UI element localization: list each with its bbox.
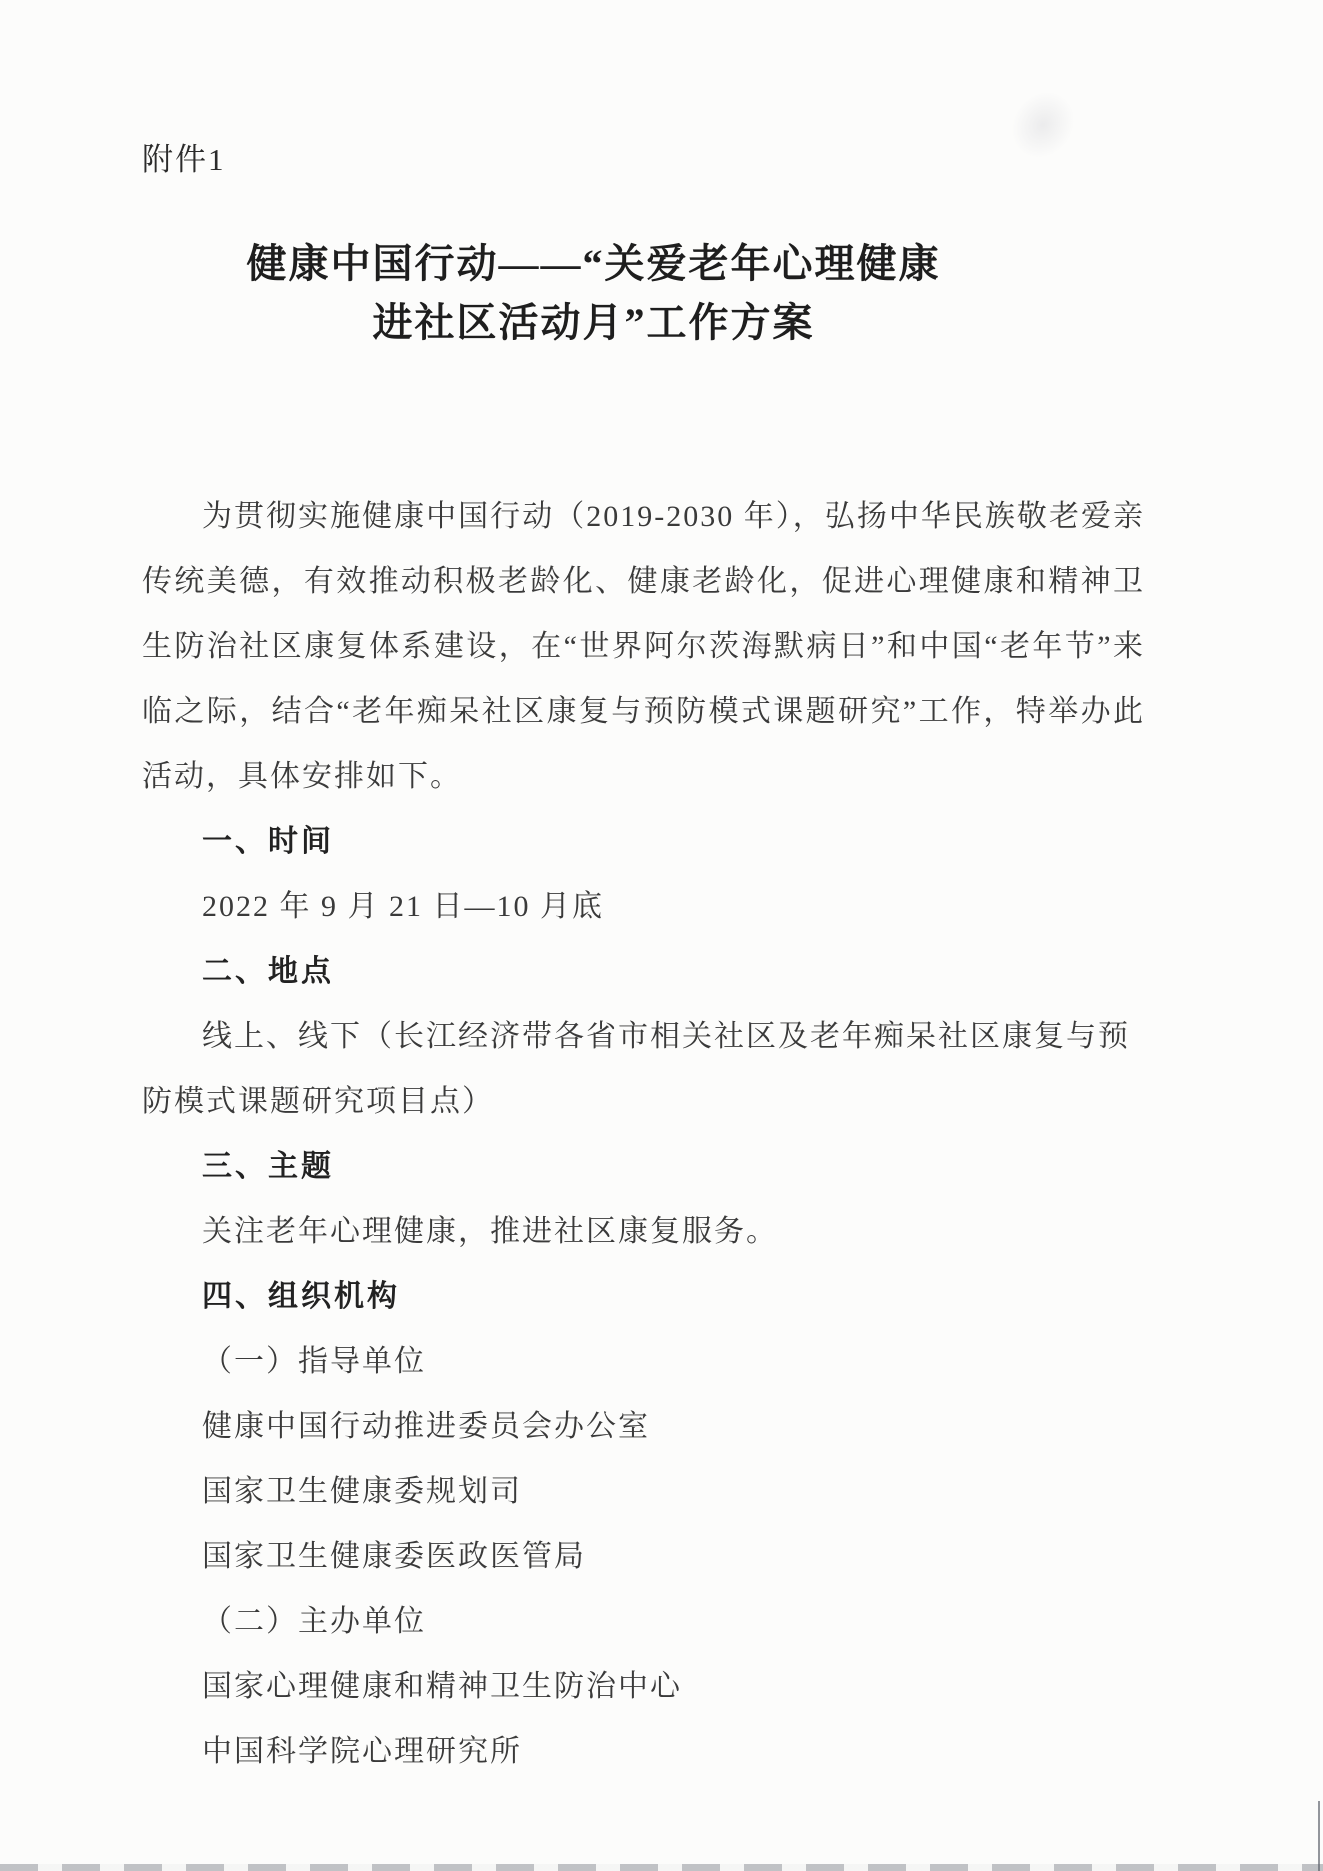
- body-line: （二）主办单位: [142, 1589, 1145, 1654]
- document-content: 附件1 健康中国行动——“关爱老年心理健康 进社区活动月”工作方案 为贯彻实施健…: [0, 0, 1323, 1784]
- scanned-document-page: 附件1 健康中国行动——“关爱老年心理健康 进社区活动月”工作方案 为贯彻实施健…: [0, 0, 1323, 1871]
- scan-right-edge-artifact: [1318, 1801, 1320, 1871]
- section-heading: 二、地点: [142, 939, 1145, 1004]
- section-blocks: 一、时间2022 年 9 月 21 日—10 月底二、地点线上、线下（长江经济带…: [142, 809, 1145, 1784]
- attachment-label: 附件1: [142, 138, 1145, 182]
- body-line: 国家卫生健康委医政医管局: [142, 1524, 1145, 1589]
- body-line: 关注老年心理健康，推进社区康复服务。: [142, 1199, 1145, 1264]
- intro-paragraph: 为贯彻实施健康中国行动（2019-2030 年），弘扬中华民族敬老爱亲传统美德，…: [142, 484, 1145, 809]
- body-line: 2022 年 9 月 21 日—10 月底: [142, 874, 1145, 939]
- section-heading: 三、主题: [142, 1134, 1145, 1199]
- body-line: 国家心理健康和精神卫生防治中心: [142, 1654, 1145, 1719]
- section-heading: 四、组织机构: [142, 1264, 1145, 1329]
- body-line: 中国科学院心理研究所: [142, 1719, 1145, 1784]
- document-title: 健康中国行动——“关爱老年心理健康 进社区活动月”工作方案: [142, 234, 1045, 352]
- scan-bottom-edge-artifact: [0, 1864, 1323, 1871]
- document-title-line-1: 健康中国行动——“关爱老年心理健康: [142, 234, 1045, 293]
- body-line: 健康中国行动推进委员会办公室: [142, 1394, 1145, 1459]
- section-heading: 一、时间: [142, 809, 1145, 874]
- document-title-line-2: 进社区活动月”工作方案: [142, 293, 1045, 352]
- body-line: 线上、线下（长江经济带各省市相关社区及老年痴呆社区康复与预防模式课题研究项目点）: [142, 1004, 1145, 1134]
- body-line: 国家卫生健康委规划司: [142, 1459, 1145, 1524]
- body-line: （一）指导单位: [142, 1329, 1145, 1394]
